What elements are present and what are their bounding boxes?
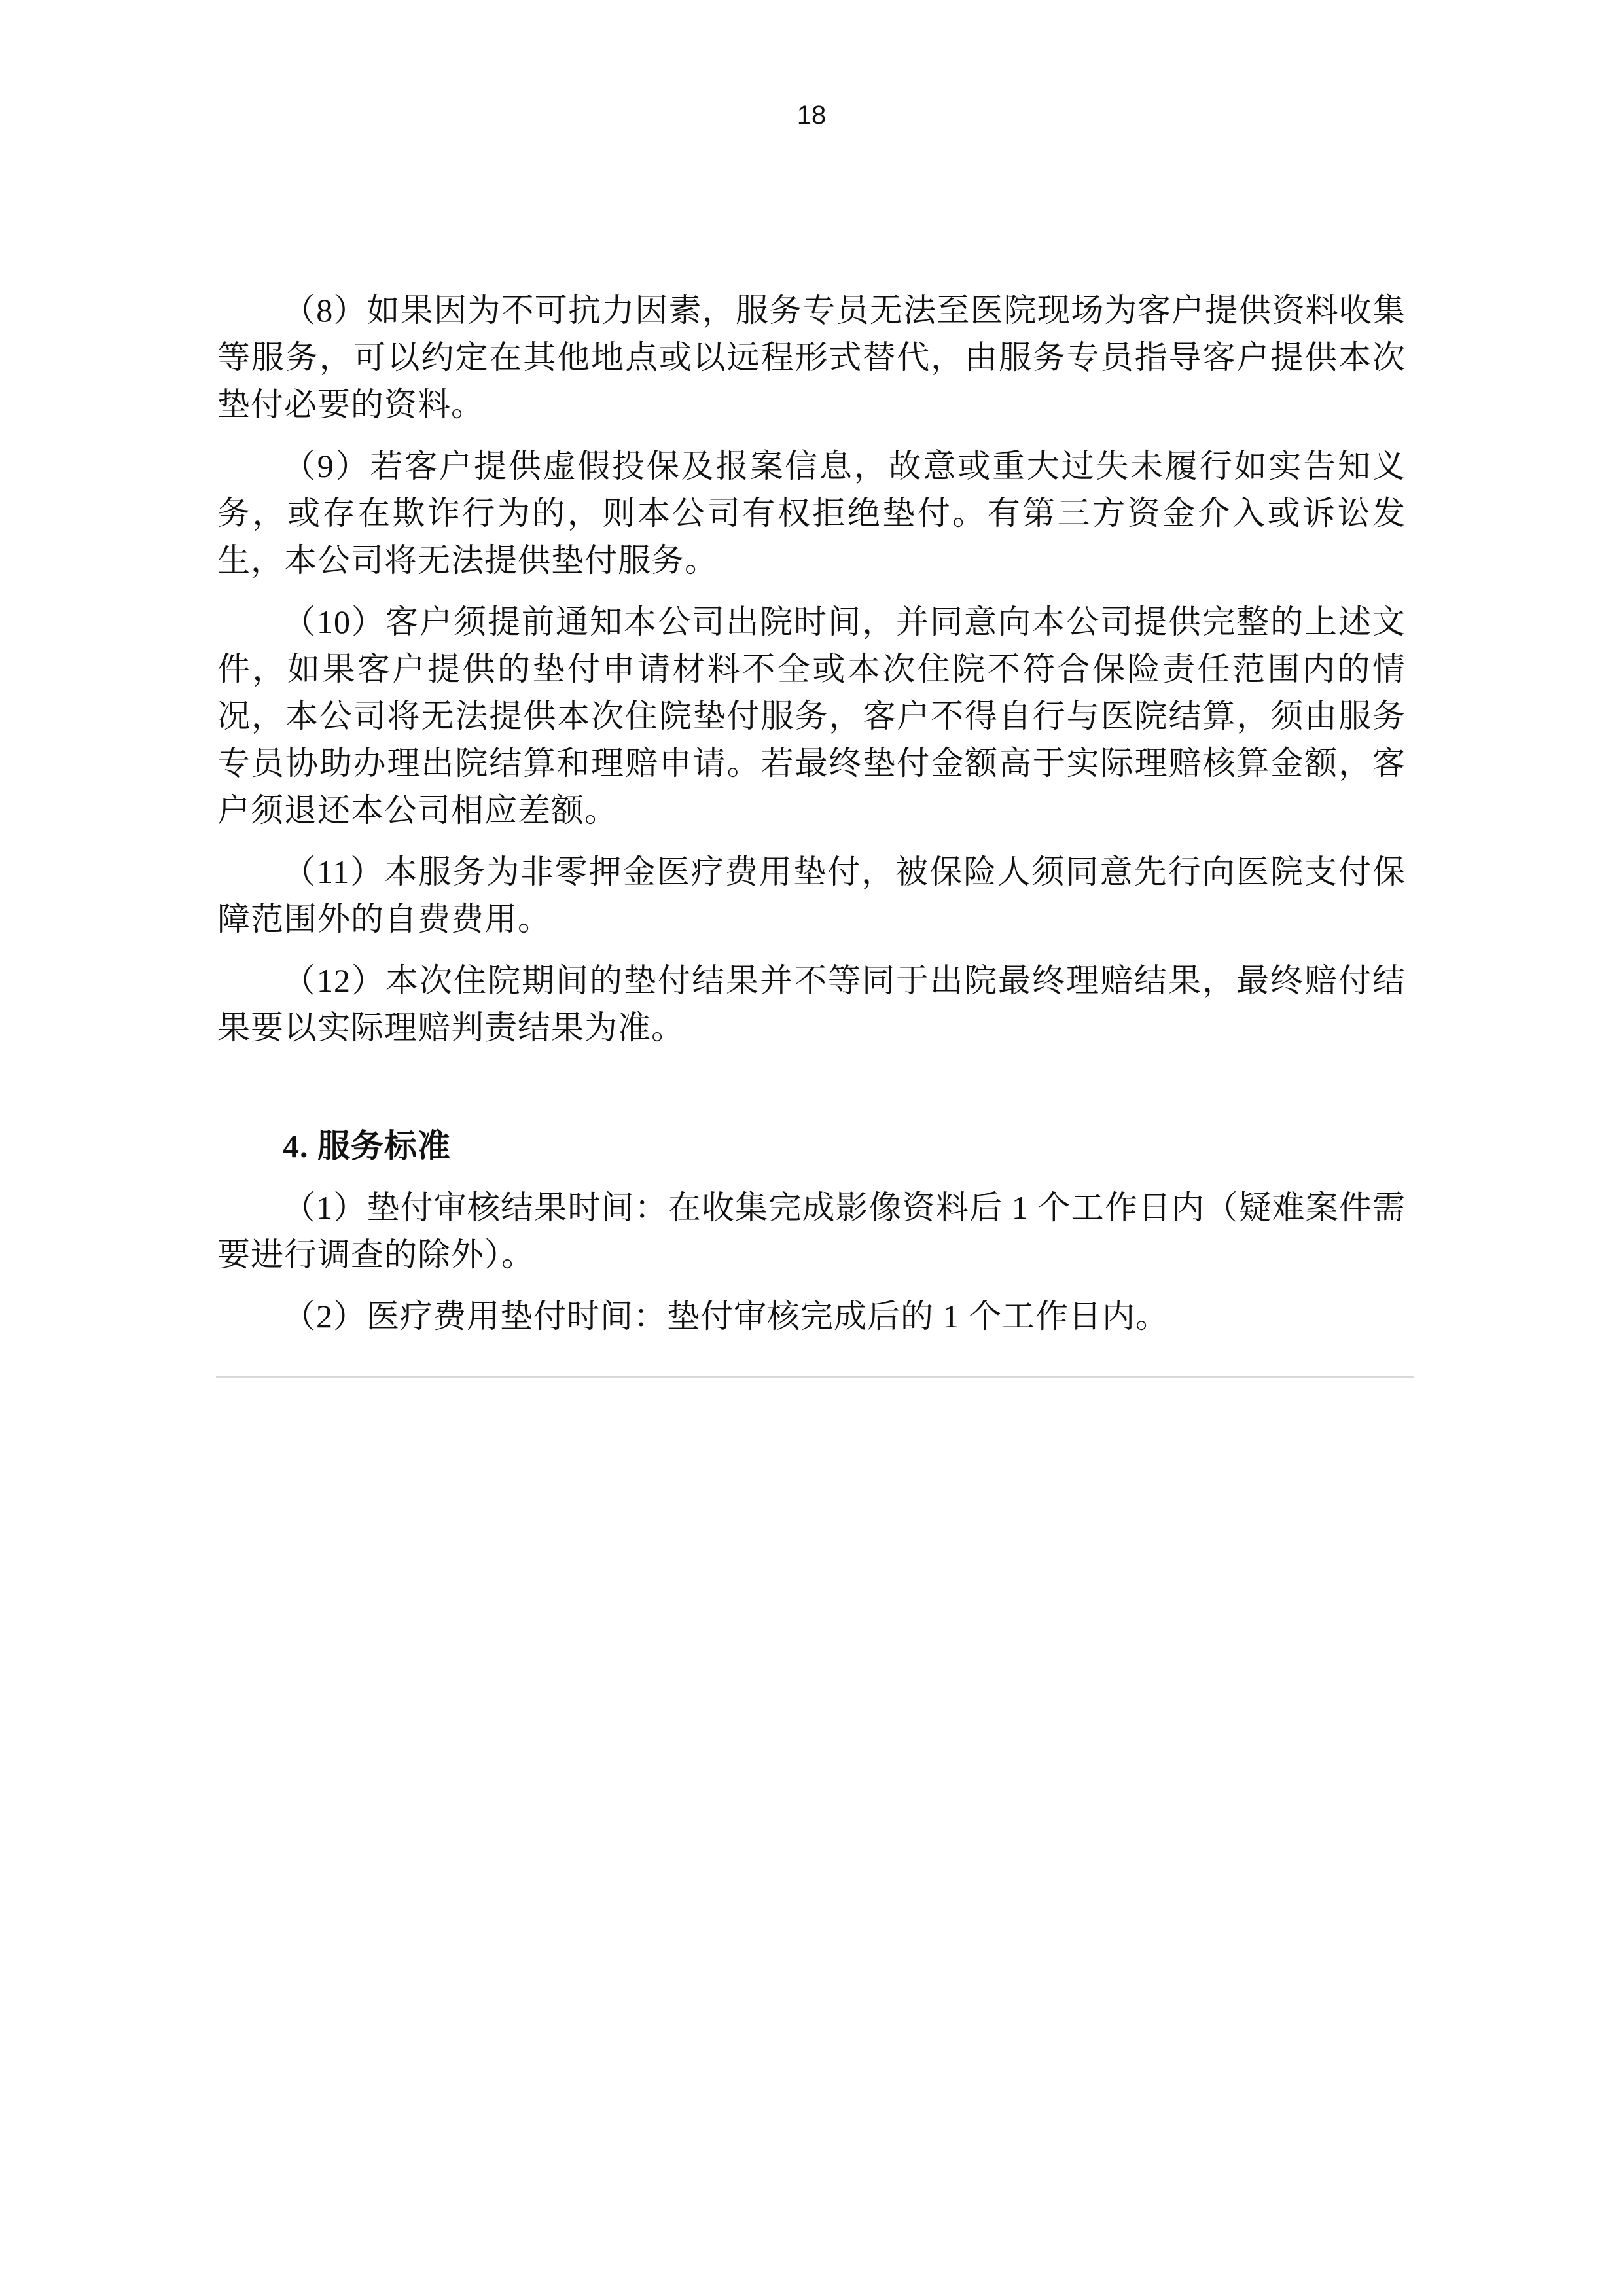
paragraph-11: （11）本服务为非零押金医疗费用垫付，被保险人须同意先行向医院支付保障范围外的自… [217, 848, 1406, 942]
paragraph-12: （12）本次住院期间的垫付结果并不等同于出院最终理赔结果，最终赔付结果要以实际理… [217, 957, 1406, 1051]
standards-paragraph-2: （2）医疗费用垫付时间：垫付审核完成后的 1 个工作日内。 [217, 1293, 1406, 1340]
standards-paragraph-1: （1）垫付审核结果时间：在收集完成影像资料后 1 个工作日内（疑难案件需要进行调… [217, 1184, 1406, 1278]
document-page: 18 （8）如果因为不可抗力因素，服务专员无法至医院现场为客户提供资料收集等服务… [0, 0, 1623, 2296]
page-number: 18 [0, 99, 1623, 131]
paragraph-8: （8）如果因为不可抗力因素，服务专员无法至医院现场为客户提供资料收集等服务，可以… [217, 287, 1406, 428]
footer-divider-line [216, 1376, 1414, 1378]
paragraph-10: （10）客户须提前通知本公司出院时间，并同意向本公司提供完整的上述文件，如果客户… [217, 598, 1406, 834]
paragraph-9: （9）若客户提供虚假投保及报案信息，故意或重大过失未履行如实告知义务，或存在欺诈… [217, 442, 1406, 584]
section-heading-service-standards: 4. 服务标准 [217, 1122, 1406, 1170]
document-content: （8）如果因为不可抗力因素，服务专员无法至医院现场为客户提供资料收集等服务，可以… [217, 287, 1406, 1354]
